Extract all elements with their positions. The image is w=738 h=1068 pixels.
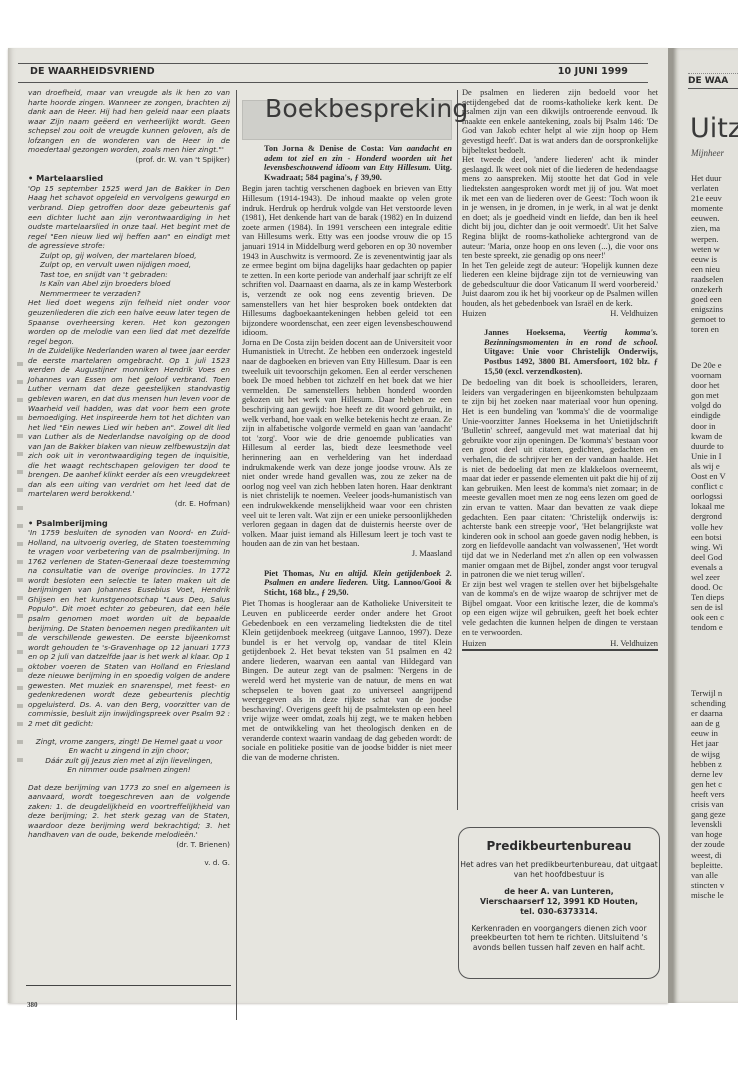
bottom-rule — [26, 985, 231, 986]
section-title: Boekbespreking — [265, 104, 469, 114]
paragraph: Begin jaren tachtig verschenen dagboek e… — [242, 184, 452, 338]
right-column: De psalmen en liederen zijn bedoeld voor… — [462, 88, 658, 651]
text-line: sen de isl — [691, 602, 726, 612]
text-line: door in — [691, 421, 726, 431]
text-line: gen het c — [691, 779, 726, 789]
review-heading: Piet Thomas, Nu en altijd. Klein getijde… — [242, 569, 452, 598]
text-line: aan de g — [691, 718, 726, 728]
text-line: gemoet to — [691, 314, 725, 324]
text-line: mische le — [691, 890, 726, 900]
text-line: stincten v — [691, 880, 726, 890]
text-line: De 20e e — [691, 360, 726, 370]
signature-row: Huizen H. Veldhuizen — [462, 309, 658, 319]
text-line: Terwijl n — [691, 688, 726, 698]
text-line: Unie in I — [691, 451, 726, 461]
text-line: deel God — [691, 552, 726, 562]
text-line: gang geze — [691, 809, 726, 819]
text-line: enigszins — [691, 304, 725, 314]
next-page-title: Uitz — [690, 113, 738, 144]
left-column: van droefheid, maar van vreugde als ik h… — [28, 88, 230, 867]
paragraph: Jorna en De Costa zijn beiden docent aan… — [242, 338, 452, 549]
text-line: Het jaar — [691, 738, 726, 748]
binding-edge — [17, 348, 23, 768]
text-line: goed een — [691, 294, 725, 304]
column-divider — [457, 90, 458, 810]
paragraph: Dat deze berijming van 1773 zo snel en a… — [28, 783, 230, 840]
text-line: volgd do — [691, 400, 726, 410]
verse-block: Zulpt op, gij wolven, der martelaren blo… — [28, 251, 230, 299]
paragraph: Het lied doet wegens zijn felheid niet o… — [28, 298, 230, 346]
text-line: eeuw in — [691, 728, 726, 738]
text-line: hebben z — [691, 759, 726, 769]
next-page-subtitle: Mijnheer — [691, 148, 724, 158]
paragraph: Piet Thomas is hoogleraar aan de Katholi… — [242, 599, 452, 762]
signature: H. Veldhuizen — [610, 309, 658, 319]
section-title-box: Boekbespreking — [242, 100, 452, 140]
paragraph: Het tweede deel, 'andere liederen' acht … — [462, 155, 658, 261]
next-page-header: DE WAA — [688, 73, 738, 89]
page-number: 380 — [27, 1001, 38, 1009]
text-line: zien, ma — [691, 223, 725, 233]
text-line: de wijsg — [691, 749, 726, 759]
place: Huizen — [462, 639, 486, 649]
next-page-text-block: Terwijl nschendinger daarnaaan de geeuw … — [691, 688, 726, 900]
column-divider — [236, 90, 237, 1020]
signature: J. Maasland — [242, 549, 452, 559]
verse-line: Zulpt op, gij wolven, der martelaren blo… — [40, 251, 230, 261]
section-heading-martelaarslied: • Martelaarslied — [28, 174, 230, 184]
review-heading: Ton Jorna & Denise de Costa: Van aandach… — [242, 144, 452, 182]
text-line: van hoge — [691, 829, 726, 839]
paragraph: 'Op 15 september 1525 werd Jan de Bakker… — [28, 184, 230, 251]
next-page-fragment: DE WAA Uitz Mijnheer Het duurverlaten21e… — [673, 48, 738, 1003]
text-line: bepleitte. — [691, 860, 726, 870]
paragraph: In het Ten geleide zegt de auteur: 'Hope… — [462, 261, 658, 309]
text-line: der zoude — [691, 839, 726, 849]
text-line: wel zeer — [691, 572, 726, 582]
text-line: onzekerh — [691, 284, 725, 294]
box-address: de heer A. van Lunteren, Vierschaarserf … — [459, 887, 659, 916]
verse-line: Nemmermeer te verzaden? — [40, 289, 230, 299]
text-line: momente — [691, 203, 725, 213]
text-line: ook een c — [691, 612, 726, 622]
predikbeurtenbureau-box: Predikbeurtenbureau Het adres van het pr… — [458, 827, 660, 979]
box-intro: Het adres van het predikbeurtenbureau, d… — [459, 860, 659, 879]
verse-line: En nimmer oude psalmen zingen! — [28, 765, 230, 775]
place: Huizen — [462, 309, 486, 319]
text-line: weten w — [691, 244, 725, 254]
text-line: kwam de — [691, 431, 726, 441]
publication-name: DE WAARHEIDSVRIEND — [30, 66, 155, 77]
signature: H. Veldhuizen — [610, 639, 658, 649]
verse-line: Is Kaïn van Abel zijn broeders bloed — [40, 279, 230, 289]
text-line: een nieu — [691, 264, 725, 274]
verse-line: Zingt, vrome zangers, zingt! De Hemel ga… — [28, 737, 230, 747]
text-line: van alle — [691, 870, 726, 880]
text-line: oorlogssi — [691, 491, 726, 501]
text-line: toren en — [691, 324, 725, 334]
text-line: een botsi — [691, 532, 726, 542]
text-line: volle hev — [691, 522, 726, 532]
text-line: schending — [691, 698, 726, 708]
review-heading: Jannes Hoeksema, Veertig komma's. Bezinn… — [462, 328, 658, 376]
signature: (dr. T. Brienen) — [28, 840, 230, 850]
text-line: crisis van — [691, 799, 726, 809]
issue-date: 10 JUNI 1999 — [558, 66, 628, 77]
box-title: Predikbeurtenbureau — [459, 839, 659, 853]
text-line: Het duur — [691, 173, 725, 183]
text-line: dergrond — [691, 511, 726, 521]
signature: (prof. dr. W. van 't Spijker) — [28, 155, 230, 165]
verse-line: Dáár zult gij Jezus zien met al zijn lie… — [28, 756, 230, 766]
text-line: tendom e — [691, 622, 726, 632]
text-line: lokaal me — [691, 501, 726, 511]
text-line: raadselen — [691, 274, 725, 284]
next-page-text-block: De 20e evoornamdoor hetgon metvolgd doei… — [691, 360, 726, 633]
text-line: eindigde — [691, 410, 726, 420]
text-line: verlaten — [691, 183, 725, 193]
text-line: duurde to — [691, 441, 726, 451]
closing-initials: v. d. G. — [28, 858, 230, 868]
verse-block: Zingt, vrome zangers, zingt! De Hemel ga… — [28, 737, 230, 775]
box-footer: Kerkenraden en voorgangers dienen zich v… — [459, 924, 659, 953]
text-line: voornam — [691, 370, 726, 380]
paragraph: De psalmen en liederen zijn bedoeld voor… — [462, 88, 658, 155]
signature-row: Huizen H. Veldhuizen — [462, 639, 658, 651]
verse-line: En wacht u zingend in zijn choor; — [28, 746, 230, 756]
text-line: weest, di — [691, 850, 726, 860]
running-header: DE WAARHEIDSVRIEND 10 JUNI 1999 — [18, 63, 648, 83]
text-line: wing. Wi — [691, 542, 726, 552]
text-line: dood. Oc — [691, 582, 726, 592]
intro-quote: van droefheid, maar van vreugde als ik h… — [28, 88, 230, 155]
text-line: evenals a — [691, 562, 726, 572]
verse-line: Zulpt op, en vervult uwen nijdigen moed, — [40, 260, 230, 270]
middle-column: Boekbespreking Ton Jorna & Denise de Cos… — [242, 100, 452, 762]
text-line: conflict c — [691, 481, 726, 491]
section-heading-psalmberijming: • Psalmberijming — [28, 519, 230, 529]
paragraph: Er zijn best wel vragen te stellen over … — [462, 580, 658, 638]
verse-line: Tast toe, en snijdt van 't gebraden: — [40, 270, 230, 280]
text-line: 21e eeuv — [691, 193, 725, 203]
text-line: gon met — [691, 390, 726, 400]
text-line: levenskli — [691, 819, 726, 829]
text-line: als wij e — [691, 461, 726, 471]
text-line: Oost en V — [691, 471, 726, 481]
paragraph: In de Zuidelijke Nederlanden waren al tw… — [28, 346, 230, 499]
text-line: door het — [691, 380, 726, 390]
signature: (dr. E. Hofman) — [28, 499, 230, 509]
text-line: derne lev — [691, 769, 726, 779]
text-line: er daarna — [691, 708, 726, 718]
paragraph: 'In 1759 besluiten de synoden van Noord-… — [28, 528, 230, 728]
text-line: werpen. — [691, 234, 725, 244]
text-line: Ten dieps — [691, 592, 726, 602]
next-page-text-block: Het duurverlaten21e eeuvmomenteeeuwen.zi… — [691, 173, 725, 335]
text-line: heeft vers — [691, 789, 726, 799]
paragraph: De bedoeling van dit boek is schoolleide… — [462, 378, 658, 579]
text-line: eeuw is — [691, 254, 725, 264]
text-line: eeuwen. — [691, 213, 725, 223]
